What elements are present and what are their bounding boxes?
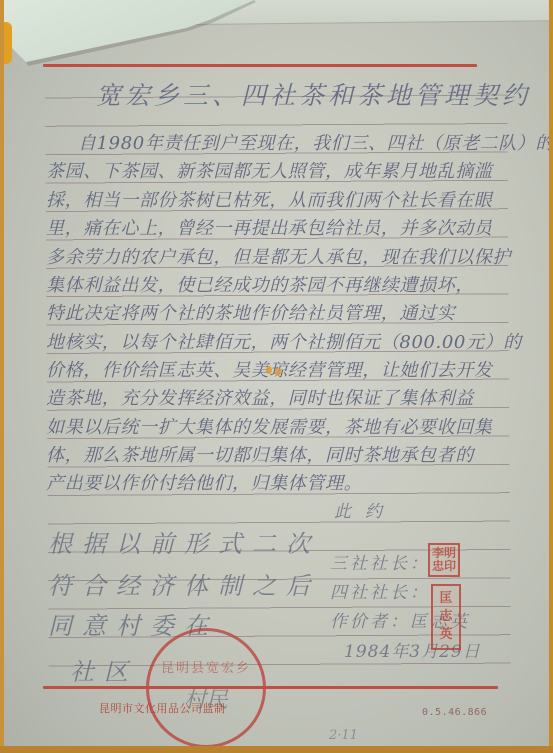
signature-line: 三社社长： [330, 549, 430, 574]
body-line: 如果以后统一扩大集体的发展需要，茶地有必要收回集 [46, 413, 492, 439]
seal-text: 匡志英 [439, 590, 453, 644]
top-red-rule [43, 64, 477, 67]
signature-line: 四社社长： [330, 578, 430, 603]
closing-text: 此约 [334, 497, 396, 522]
name-seal-2: 匡志英 [431, 584, 461, 650]
body-line: 多余劳力的农户承包，但是都无人承包，现在我们以保护 [46, 243, 511, 269]
bottom-red-rule [43, 686, 498, 689]
print-code: 0.5.46.866 [422, 707, 487, 718]
body-line: 特此决定将两个社的茶地作价给社员管理，通过实 [46, 299, 455, 325]
document-title: 宽宏乡三、四社茶和茶地管理契约 [96, 76, 531, 112]
body-line: 採，相当一部份茶树已枯死，从而我们两个社长看在眼 [46, 186, 492, 212]
background-edge-bottom [0, 746, 553, 753]
ink-stain [266, 366, 272, 374]
body-line: 集体利益出发，使已经成功的茶园不再继续遭损坏， [46, 271, 474, 297]
body-line: 茶园、下茶园、新茶园都无人照管，成年累月地乱摘滥 [46, 157, 492, 183]
background-edge-right [549, 0, 553, 753]
document-paper: 宽宏乡三、四社茶和茶地管理契约 自1980年责任到户至现在，我们三、四社（原老二… [4, 0, 549, 746]
background-edge [4, 22, 12, 64]
name-seal-1: 李明忠印 [428, 543, 460, 577]
seal-text: 李明忠印 [431, 547, 457, 573]
left-note-line: 根据以前形式二次 [48, 524, 320, 559]
margin-scribble: 2·11 [329, 728, 358, 743]
round-seal-text: 昆明县宽宏乡 [149, 657, 263, 676]
body-line: 产出要以作价付给他们，归集体管理。 [46, 469, 362, 495]
left-note-line: 符合经济体制之后 [48, 566, 320, 601]
body-line: 里，痛在心上，曾经一再提出承包给社员，并多次动员 [46, 214, 492, 240]
body-line: 自1980年责任到户至现在，我们三、四社（原老二队）的上 [78, 129, 549, 155]
body-line: 体，那么茶地所属一切都归集体，同时茶地承包者的 [46, 441, 474, 467]
left-note-line: 社区 [70, 652, 138, 687]
printer-imprint: 昆明市文化用品公司监制 [99, 700, 226, 716]
ink-stain [275, 368, 281, 376]
body-line: 造茶地，充分发挥经济效益，同时也保证了集体利益 [46, 384, 474, 410]
body-line: 地核实，以每个社肆佰元，两个社捌佰元（800.00元）的 [46, 328, 522, 354]
